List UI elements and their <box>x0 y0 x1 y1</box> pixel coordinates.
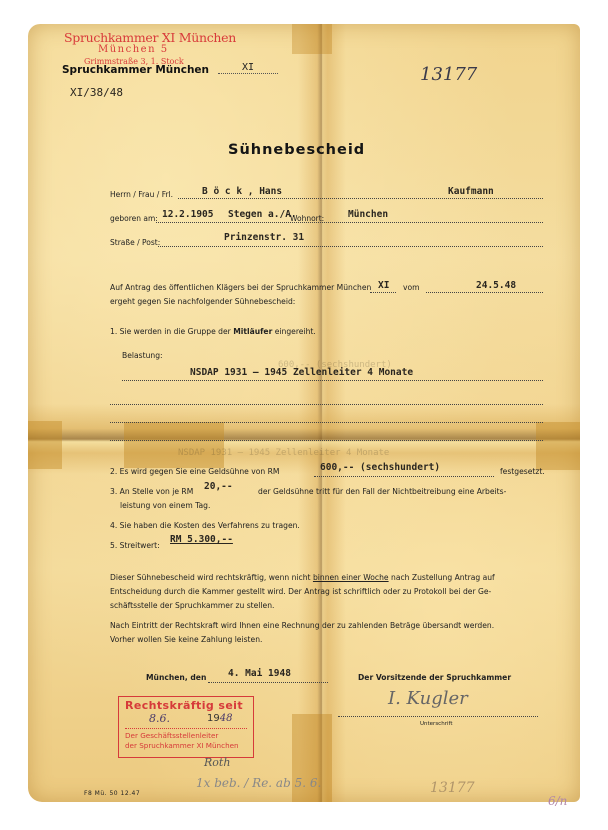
archive-number: 13177 <box>420 64 477 85</box>
item-2-text: 2. Es wird gegen Sie eine Geldsühne von … <box>110 464 279 479</box>
document-page: Spruchkammer XI München München 5 Grimms… <box>28 24 580 802</box>
person-name: B ö c k , Hans <box>202 186 282 197</box>
legal-force-stamp: Rechtskräftig seit 8.6. 1948 Der Geschäf… <box>118 696 254 758</box>
notice-line2: Entscheidung durch die Kammer gestellt w… <box>110 584 491 599</box>
salutation-label: Herrn / Frau / Frl. <box>110 190 173 199</box>
stamp-year-prefix: 19 <box>207 713 220 724</box>
stamp-line2: der Spruchkammer XI München <box>125 741 239 750</box>
handwritten-note: 1x beb. / Re. ab 5. 6. <box>196 776 321 790</box>
chamber-line <box>370 292 396 293</box>
name-line <box>178 198 543 199</box>
intro-date-label: vom <box>403 280 420 295</box>
item-4: 4. Sie haben die Kosten des Verfahrens z… <box>110 518 300 533</box>
clerk-initials: Roth <box>204 756 230 769</box>
date-line <box>208 682 328 683</box>
stamp-day-month: 8.6. <box>149 712 170 725</box>
tape-strip <box>28 421 62 469</box>
issue-date: 4. Mai 1948 <box>228 668 291 679</box>
blank-line <box>110 440 543 441</box>
street: Prinzenstr. 31 <box>224 232 304 243</box>
fine-amount: 600,-- (sechshundert) <box>320 462 440 473</box>
person-occupation: Kaufmann <box>448 186 494 197</box>
burden-line <box>122 380 543 381</box>
stamp-heading: Rechtskräftig seit <box>125 699 243 712</box>
street-label: Straße / Post: <box>110 238 160 247</box>
item-3-line2: leistung von einem Tag. <box>120 498 210 513</box>
intro-date: 24.5.48 <box>476 280 516 291</box>
stamp-line1: Der Geschäftsstellenleiter <box>125 731 218 740</box>
intro-line: Auf Antrag des öffentlichen Klägers bei … <box>110 280 371 295</box>
item-3-suffix: der Geldsühne tritt für den Fall der Nic… <box>258 484 506 499</box>
document-title: Sühnebescheid <box>228 142 365 158</box>
notice-text: nach Zustellung Antrag auf <box>391 573 495 582</box>
birth-line <box>156 222 543 223</box>
blank-line <box>110 422 543 423</box>
residence-label: Wohnort: <box>290 214 324 223</box>
blank-line <box>110 404 543 405</box>
burden-text: NSDAP 1931 – 1945 Zellenleiter 4 Monate <box>190 367 413 378</box>
burden-label: Belastung: <box>122 348 163 363</box>
reference-number: XI/38/48 <box>70 86 123 99</box>
notice-line3: schäftsstelle der Spruchkammer zu stelle… <box>110 598 274 613</box>
birth-place: Stegen a./A. <box>228 209 297 220</box>
birth-date: 12.2.1905 <box>162 209 213 220</box>
intro-chamber: XI <box>378 280 389 291</box>
office-stamp-city: München 5 <box>98 44 169 55</box>
show-through-text: NSDAP 1931 – 1945 Zellenleiter 4 Monate <box>178 448 389 458</box>
chair-label: Der Vorsitzende der Spruchkammer <box>358 670 511 685</box>
stamp-year-suffix: 48 <box>220 713 233 724</box>
intro-line2: ergeht gegen Sie nachfolgender Sühnebesc… <box>110 294 295 309</box>
item-5-label: 5. Streitwert: <box>110 538 160 553</box>
item-1-suffix: eingereiht. <box>275 327 316 336</box>
item-1-text: 1. Sie werden in die Gruppe der <box>110 327 231 336</box>
form-code: F8 Mü. 50 12.47 <box>84 790 140 797</box>
group-classification: Mitläufer <box>233 327 272 336</box>
signature-line <box>338 716 538 717</box>
tape-strip <box>536 422 580 470</box>
dispute-value: RM 5.300,-- <box>170 534 233 545</box>
tape-strip <box>292 24 332 54</box>
notice-line1: Dieser Sühnebescheid wird rechtskräftig,… <box>110 570 495 585</box>
notice-line4: Nach Eintritt der Rechtskraft wird Ihnen… <box>110 618 494 633</box>
stamp-year: 1948 <box>207 713 232 724</box>
office-number: XI <box>218 62 278 74</box>
corner-mark: 6/n <box>548 794 567 808</box>
item-3-text: 3. An Stelle von je RM <box>110 484 193 499</box>
amount-line <box>314 476 494 477</box>
birth-label: geboren am: <box>110 214 158 223</box>
signature: I. Kugler <box>388 688 468 709</box>
notice-line5: Vorher wollen Sie keine Zahlung leisten. <box>110 632 262 647</box>
signature-label: Unterschrift <box>420 721 452 727</box>
daily-rate: 20,-- <box>204 481 233 492</box>
notice-text: Dieser Sühnebescheid wird rechtskräftig,… <box>110 573 311 582</box>
office-label: Spruchkammer München <box>62 64 209 76</box>
bottom-archive-number: 13177 <box>430 780 475 796</box>
intro-text: Auf Antrag des öffentlichen Klägers bei … <box>110 283 371 292</box>
notice-deadline: binnen einer Woche <box>313 573 389 582</box>
street-line <box>158 246 543 247</box>
item-1: 1. Sie werden in die Gruppe der Mitläufe… <box>110 324 316 339</box>
tape-strip <box>124 422 224 468</box>
date-line <box>426 292 543 293</box>
item-2-suffix: festgesetzt. <box>500 464 545 479</box>
residence: München <box>348 209 388 220</box>
office-stamp-title: Spruchkammer XI München <box>64 30 236 45</box>
place-label: München, den <box>146 670 206 685</box>
